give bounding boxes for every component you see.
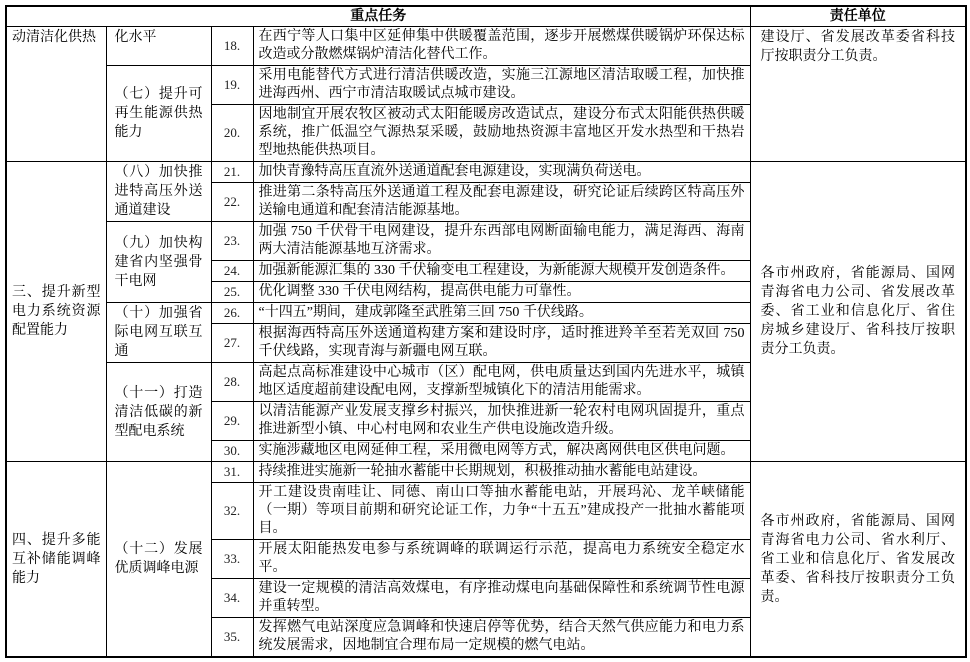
task-text: 加强新能源汇集的 330 千伏输变电工程建设，为新能源大规模开发创造条件。 [253, 261, 750, 282]
responsibility-cell: 建设厅、省发展改革委省科技厅按职责分工负责。 [750, 27, 966, 162]
task-number: 23. [211, 222, 253, 261]
category-cell: 动清洁化供热 [6, 27, 106, 162]
task-text: 在西宁等人口集中区延伸集中供暖覆盖范围，逐步开展燃煤供暖锅炉环保达标改造或分散燃… [253, 27, 750, 66]
task-text: 推进第二条特高压外送通道工程及配套电源建设，研究论证后续跨区特高压外送输电通道和… [253, 183, 750, 222]
key-tasks-table: 重点任务 责任单位 动清洁化供热 化水平 18. 在西宁等人口集中区延伸集中供暖… [5, 5, 967, 658]
task-number: 33. [211, 540, 253, 579]
task-text: 因地制宜开展农牧区被动式太阳能暖房改造试点，建设分布式太阳能供热供暖系统，推广低… [253, 105, 750, 162]
document-page: 重点任务 责任单位 动清洁化供热 化水平 18. 在西宁等人口集中区延伸集中供暖… [0, 0, 970, 662]
task-number: 18. [211, 27, 253, 66]
task-number: 30. [211, 441, 253, 462]
task-text: 加强 750 千伏骨干电网建设，提升东西部电网断面输电能力，满足海西、海南两大清… [253, 222, 750, 261]
header-key-tasks: 重点任务 [6, 6, 750, 27]
task-text: 采用电能替代方式进行清洁供暖改造，实施三江源地区清洁取暖工程，加快推进海西州、西… [253, 66, 750, 105]
task-number: 25. [211, 282, 253, 303]
task-number: 29. [211, 402, 253, 441]
category-cell: 四、提升多能互补储能调峰能力 [6, 462, 106, 658]
task-text: 开展太阳能热发电参与系统调峰的联调运行示范，提高电力系统安全稳定水平。 [253, 540, 750, 579]
task-text: 根据海西特高压外送通道构建方案和建设时序，适时推进羚羊至若羌双回 750 千伏线… [253, 324, 750, 363]
task-text: “十四五”期间，建成郭隆至武胜第三回 750 千伏线路。 [253, 303, 750, 324]
task-number: 35. [211, 618, 253, 658]
task-text: 持续推进实施新一轮抽水蓄能中长期规划，积极推动抽水蓄能电站建设。 [253, 462, 750, 483]
subcategory-cell: 化水平 [106, 27, 211, 66]
task-number: 20. [211, 105, 253, 162]
task-number: 24. [211, 261, 253, 282]
subcategory-cell: （十二）发展优质调峰电源 [106, 462, 211, 658]
task-text: 建设一定规模的清洁高效煤电，有序推动煤电向基础保障性和系统调节性电源并重转型。 [253, 579, 750, 618]
task-number: 32. [211, 483, 253, 540]
task-text: 加快青豫特高压直流外送通道配套电源建设，实现满负荷送电。 [253, 162, 750, 183]
task-number: 26. [211, 303, 253, 324]
table-header-row: 重点任务 责任单位 [6, 6, 966, 27]
task-number: 28. [211, 363, 253, 402]
category-cell: 三、提升新型电力系统资源配置能力 [6, 162, 106, 462]
subcategory-cell: （十）加强省际电网互联互通 [106, 303, 211, 363]
subcategory-cell: （七）提升可再生能源供热能力 [106, 66, 211, 162]
responsibility-cell: 各市州政府，省能源局、国网青海省电力公司、省水利厅、省工业和信息化厅、省发展改革… [750, 462, 966, 658]
task-text: 实施涉藏地区电网延伸工程，采用微电网等方式，解决离网供电区供电问题。 [253, 441, 750, 462]
subcategory-cell: （十一）打造清洁低碳的新型配电系统 [106, 363, 211, 462]
task-text: 以清洁能源产业发展支撑乡村振兴，加快推进新一轮农村电网巩固提升，重点推进新型小镇… [253, 402, 750, 441]
table-row: 四、提升多能互补储能调峰能力 （十二）发展优质调峰电源 31. 持续推进实施新一… [6, 462, 966, 483]
task-number: 19. [211, 66, 253, 105]
table-row: 三、提升新型电力系统资源配置能力 （八）加快推进特高压外送通道建设 21. 加快… [6, 162, 966, 183]
subcategory-cell: （九）加快构建省内坚强骨干电网 [106, 222, 211, 303]
task-number: 34. [211, 579, 253, 618]
task-number: 31. [211, 462, 253, 483]
header-responsible-unit: 责任单位 [750, 6, 966, 27]
task-text: 高起点高标准建设中心城市（区）配电网，供电质量达到国内先进水平，城镇地区适度超前… [253, 363, 750, 402]
task-text: 发挥燃气电站深度应急调峰和快速启停等优势，结合天然气供应能力和电力系统发展需求，… [253, 618, 750, 658]
task-number: 22. [211, 183, 253, 222]
task-number: 27. [211, 324, 253, 363]
table-row: 动清洁化供热 化水平 18. 在西宁等人口集中区延伸集中供暖覆盖范围，逐步开展燃… [6, 27, 966, 66]
task-number: 21. [211, 162, 253, 183]
task-text: 优化调整 330 千伏电网结构，提高供电能力可靠性。 [253, 282, 750, 303]
subcategory-cell: （八）加快推进特高压外送通道建设 [106, 162, 211, 222]
task-text: 开工建设贵南哇让、同德、南山口等抽水蓄能电站，开展玛沁、龙羊峡储能（一期）等项目… [253, 483, 750, 540]
responsibility-cell: 各市州政府，省能源局、国网青海省电力公司、省发展改革委、省工业和信息化厅、省住房… [750, 162, 966, 462]
